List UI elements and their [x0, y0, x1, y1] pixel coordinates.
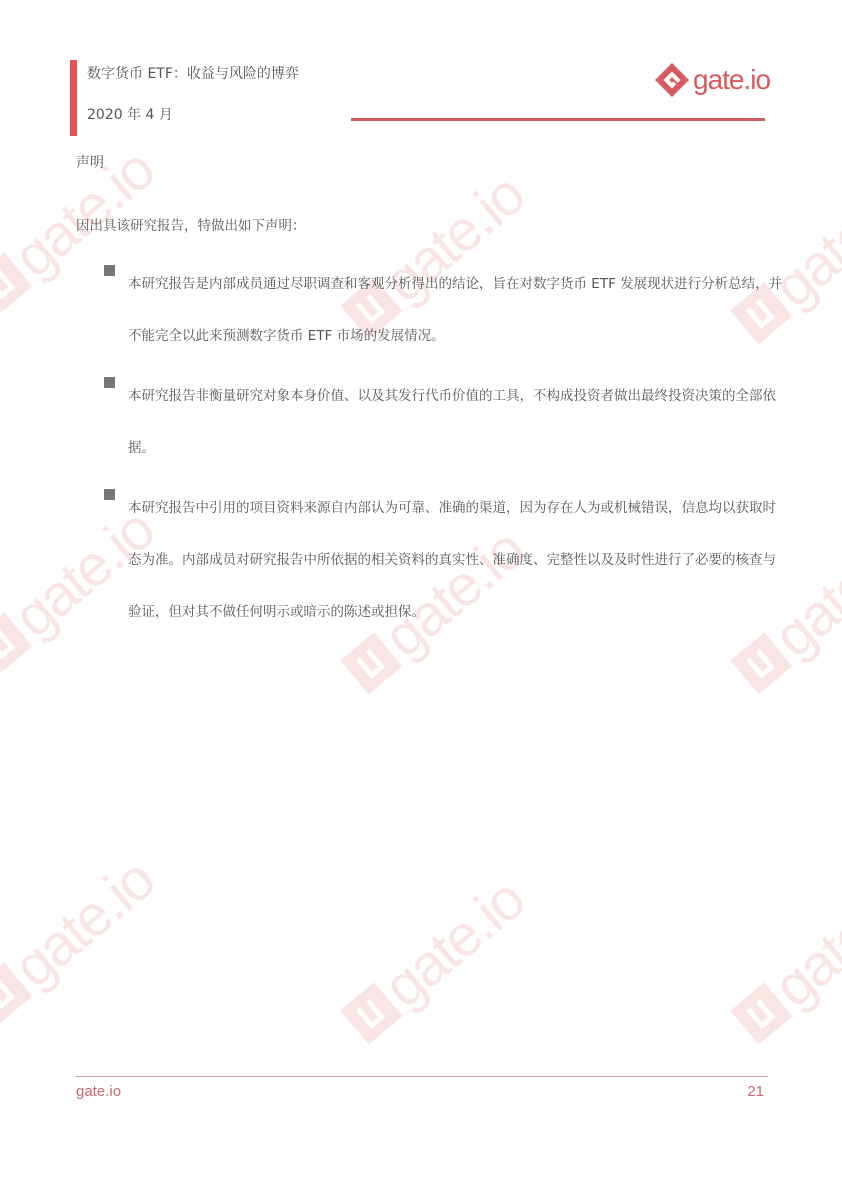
gate-logo: gate.io: [655, 63, 770, 97]
logo-text: gate.io: [693, 66, 770, 94]
list-item-text: 本研究报告是内部成员通过尽职调查和客观分析得出的结论，旨在对数字货币 ETF 发…: [128, 258, 784, 362]
page: 数字货币 ETF：收益与风险的博弈 2020 年 4 月 gate.io 声明 …: [0, 0, 842, 1191]
section-title: 声明: [76, 152, 104, 172]
footer-site: gate.io: [76, 1083, 121, 1100]
list-item: 本研究报告中引用的项目资料来源自内部认为可靠、准确的渠道，因为存在人为或机械错误…: [104, 482, 784, 638]
square-bullet-icon: [104, 489, 115, 500]
section-intro: 因出具该研究报告，特做出如下声明：: [76, 214, 306, 234]
report-title: 数字货币 ETF：收益与风险的博弈: [87, 63, 299, 83]
list-item: 本研究报告是内部成员通过尽职调查和客观分析得出的结论，旨在对数字货币 ETF 发…: [104, 258, 784, 362]
report-date: 2020 年 4 月: [87, 104, 173, 124]
list-item-text: 本研究报告中引用的项目资料来源自内部认为可靠、准确的渠道，因为存在人为或机械错误…: [128, 482, 784, 638]
page-number: 21: [747, 1083, 764, 1100]
footer-divider: [76, 1076, 768, 1077]
header-accent-bar: [70, 60, 77, 136]
list-item: 本研究报告非衡量研究对象本身价值、以及其发行代币价值的工具，不构成投资者做出最终…: [104, 370, 784, 474]
list-item-text: 本研究报告非衡量研究对象本身价值、以及其发行代币价值的工具，不构成投资者做出最终…: [128, 370, 784, 474]
disclaimer-list: 本研究报告是内部成员通过尽职调查和客观分析得出的结论，旨在对数字货币 ETF 发…: [104, 272, 784, 660]
square-bullet-icon: [104, 377, 115, 388]
gate-logo-icon: [655, 63, 689, 97]
header-divider: [351, 118, 765, 121]
square-bullet-icon: [104, 265, 115, 276]
